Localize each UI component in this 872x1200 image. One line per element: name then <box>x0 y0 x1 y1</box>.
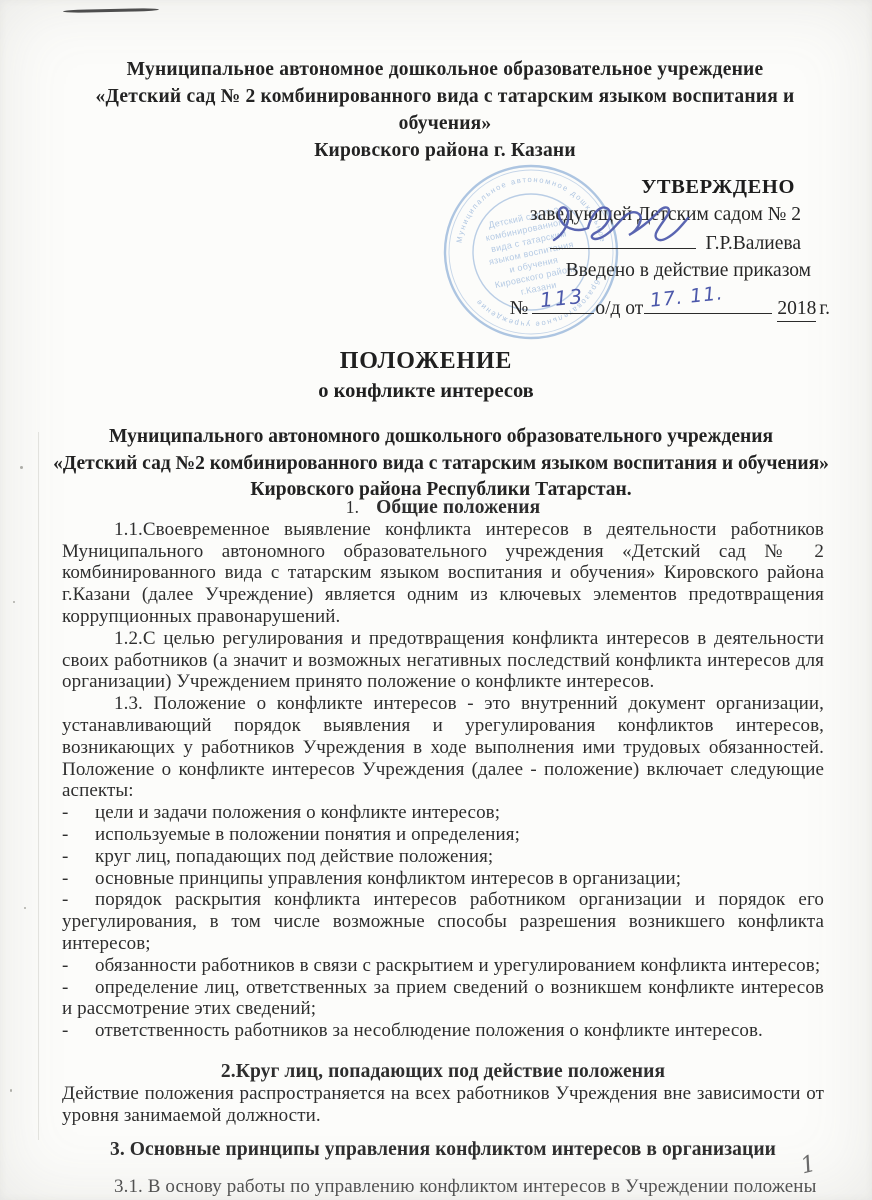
document-page: Муниципальное автономное дошкольное обра… <box>0 0 872 1200</box>
list-item-4: -основные принципы управления конфликтом… <box>62 868 824 890</box>
list-item-3: -круг лиц, попадающих под действие полож… <box>62 846 824 868</box>
list-item-5: -порядок раскрытия конфликта интересов р… <box>62 889 824 954</box>
list-marker: - <box>62 802 95 824</box>
document-title: ПОЛОЖЕНИЕ о конфликте интересов <box>0 348 852 403</box>
list-item-text: основные принципы управления конфликтом … <box>95 868 681 889</box>
paragraph-2: Действие положения распространяется на в… <box>62 1083 824 1127</box>
order-date-blank: 17. 11. <box>644 297 772 314</box>
order-year-suffix: г. <box>819 298 830 319</box>
title-main: ПОЛОЖЕНИЕ <box>0 348 852 375</box>
list-marker: - <box>62 1020 95 1042</box>
list-item-text: порядок раскрытия конфликта интересов ра… <box>62 889 824 954</box>
order-no-label: № <box>510 298 529 319</box>
handwritten-order-number: 113 <box>539 284 586 313</box>
subject-line-1: Муниципального автономного дошкольного о… <box>26 424 856 451</box>
list-item-7: -определение лиц, ответственных за прием… <box>62 977 824 1021</box>
list-item-text: ответственность работников за несоблюден… <box>95 1020 763 1041</box>
document-body: 1.Общие положения 1.1.Своевременное выяв… <box>62 497 824 1198</box>
order-number-row: №113о/д от17. 11.2018г. <box>392 296 832 322</box>
list-marker: - <box>62 977 95 999</box>
document-org-subject: Муниципального автономного дошкольного о… <box>26 424 856 504</box>
signature-row: Г.Р.Валиева <box>392 230 832 256</box>
section-1-number: 1. <box>346 497 359 517</box>
list-item-text: круг лиц, попадающих под действие положе… <box>95 846 493 867</box>
list-item-text: цели и задачи положения о конфликте инте… <box>95 802 500 823</box>
list-marker: - <box>62 846 95 868</box>
paragraph-1-2: 1.2.С целью регулирования и предотвращен… <box>62 628 824 693</box>
scan-speck <box>10 1089 12 1092</box>
list-item-8: -ответственность работников за несоблюде… <box>62 1020 824 1042</box>
list-item-2: -используемые в положении понятия и опре… <box>62 824 824 846</box>
org-header-line-3: Кировского района г. Казани <box>62 137 828 164</box>
paragraph-1-1: 1.1.Своевременное выявление конфликта ин… <box>62 519 824 628</box>
order-intro: Введено в действие приказом <box>392 258 832 283</box>
list-item-6: -обязанности работников в связи с раскры… <box>62 955 824 977</box>
section-1-heading: 1.Общие положения <box>62 497 824 519</box>
signature-ink <box>540 200 696 254</box>
list-marker: - <box>62 955 95 977</box>
list-item-text: используемые в положении понятия и опред… <box>95 824 520 845</box>
handwritten-order-date: 17. 11. <box>649 281 725 314</box>
list-marker: - <box>62 824 95 846</box>
approver-name: Г.Р.Валиева <box>706 233 802 254</box>
list-item-text: определение лиц, ответственных за прием … <box>62 977 824 1020</box>
title-subject: о конфликте интересов <box>0 380 852 403</box>
scan-speck <box>20 466 23 469</box>
org-header-line-1: Муниципальное автономное дошкольное обра… <box>62 56 828 83</box>
section-1-label: Общие положения <box>376 497 540 518</box>
order-year: 2018 <box>777 296 816 322</box>
list-marker: - <box>62 868 95 890</box>
approved-label: УТВЕРЖДЕНО <box>392 175 832 200</box>
scan-speck <box>13 601 15 603</box>
scan-fold-line <box>38 432 39 1140</box>
list-item-1: -цели и задачи положения о конфликте инт… <box>62 802 824 824</box>
org-header-line-2: «Детский сад № 2 комбинированного вида с… <box>62 83 828 137</box>
list-item-text: обязанности работников в связи с раскрыт… <box>95 955 820 976</box>
list-marker: - <box>62 889 95 911</box>
section-2-heading: 2.Круг лиц, попадающих под действие поло… <box>62 1061 824 1083</box>
paragraph-1-3: 1.3. Положение о конфликте интересов - э… <box>62 693 824 802</box>
organization-header: Муниципальное автономное дошкольное обра… <box>62 56 828 164</box>
scan-speck <box>24 907 26 909</box>
subject-line-2: «Детский сад №2 комбинированного вида с … <box>26 451 856 478</box>
section-3-heading: 3. Основные принципы управления конфликт… <box>62 1139 824 1161</box>
order-suffix: о/д от <box>595 298 643 319</box>
signature-line <box>550 230 696 249</box>
scan-artifact-line <box>63 8 159 13</box>
approval-block: УТВЕРЖДЕНО заведующей Детским садом № 2 … <box>392 175 832 322</box>
order-number-blank: 113 <box>532 297 594 314</box>
paragraph-3-1: 3.1. В основу работы по управлению конфл… <box>62 1176 824 1198</box>
